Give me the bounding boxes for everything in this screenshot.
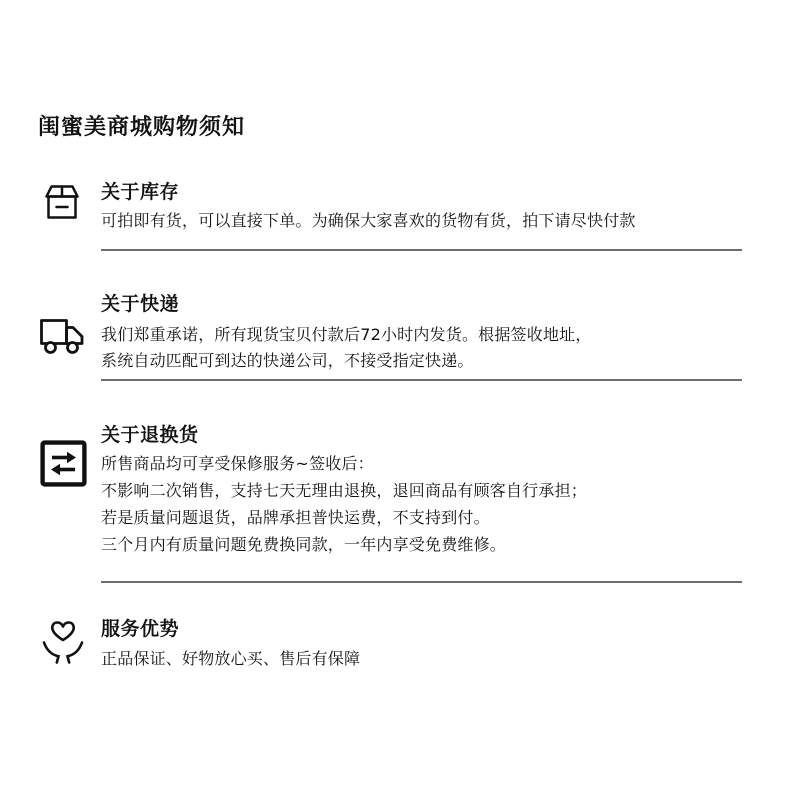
section-heading: 关于库存 [101, 181, 761, 203]
delivery-truck-icon [39, 315, 85, 357]
section-heading: 服务优势 [101, 618, 761, 640]
exchange-arrows-icon [40, 440, 87, 487]
divider [101, 379, 742, 381]
section-text-line: 系统自动匹配可到达的快递公司，不接受指定快递。 [101, 348, 761, 374]
section-text-line: 若是质量问题退货，品牌承担普快运费，不支持到付。 [101, 504, 761, 531]
heart-in-hands-icon [41, 616, 85, 664]
shopping-notice-page: 闺蜜美商城购物须知 关于库存 可拍即有货，可以直接下单。为确保大家喜欢的货物有货… [0, 0, 800, 800]
section-text-line: 三个月内有质量问题免费换同款，一年内享受免费维修。 [101, 531, 761, 558]
page-title: 闺蜜美商城购物须知 [38, 114, 245, 141]
package-box-icon [42, 183, 82, 223]
section-text-line: 不影响二次销售，支持七天无理由退换，退回商品有顾客自行承担； [101, 477, 761, 504]
divider [101, 581, 742, 583]
section-text-line: 我们郑重承诺，所有现货宝贝付款后72小时内发货。根据签收地址， [101, 322, 761, 348]
section-text-line: 所售商品均可享受保修服务~签收后： [101, 450, 761, 477]
divider [101, 249, 742, 251]
section-text-line: 可拍即有货，可以直接下单。为确保大家喜欢的货物有货，拍下请尽快付款 [101, 208, 761, 234]
section-heading: 关于退换货 [101, 424, 761, 446]
section-text-line: 正品保证、好物放心买、售后有保障 [101, 646, 761, 672]
section-heading: 关于快递 [101, 293, 761, 315]
